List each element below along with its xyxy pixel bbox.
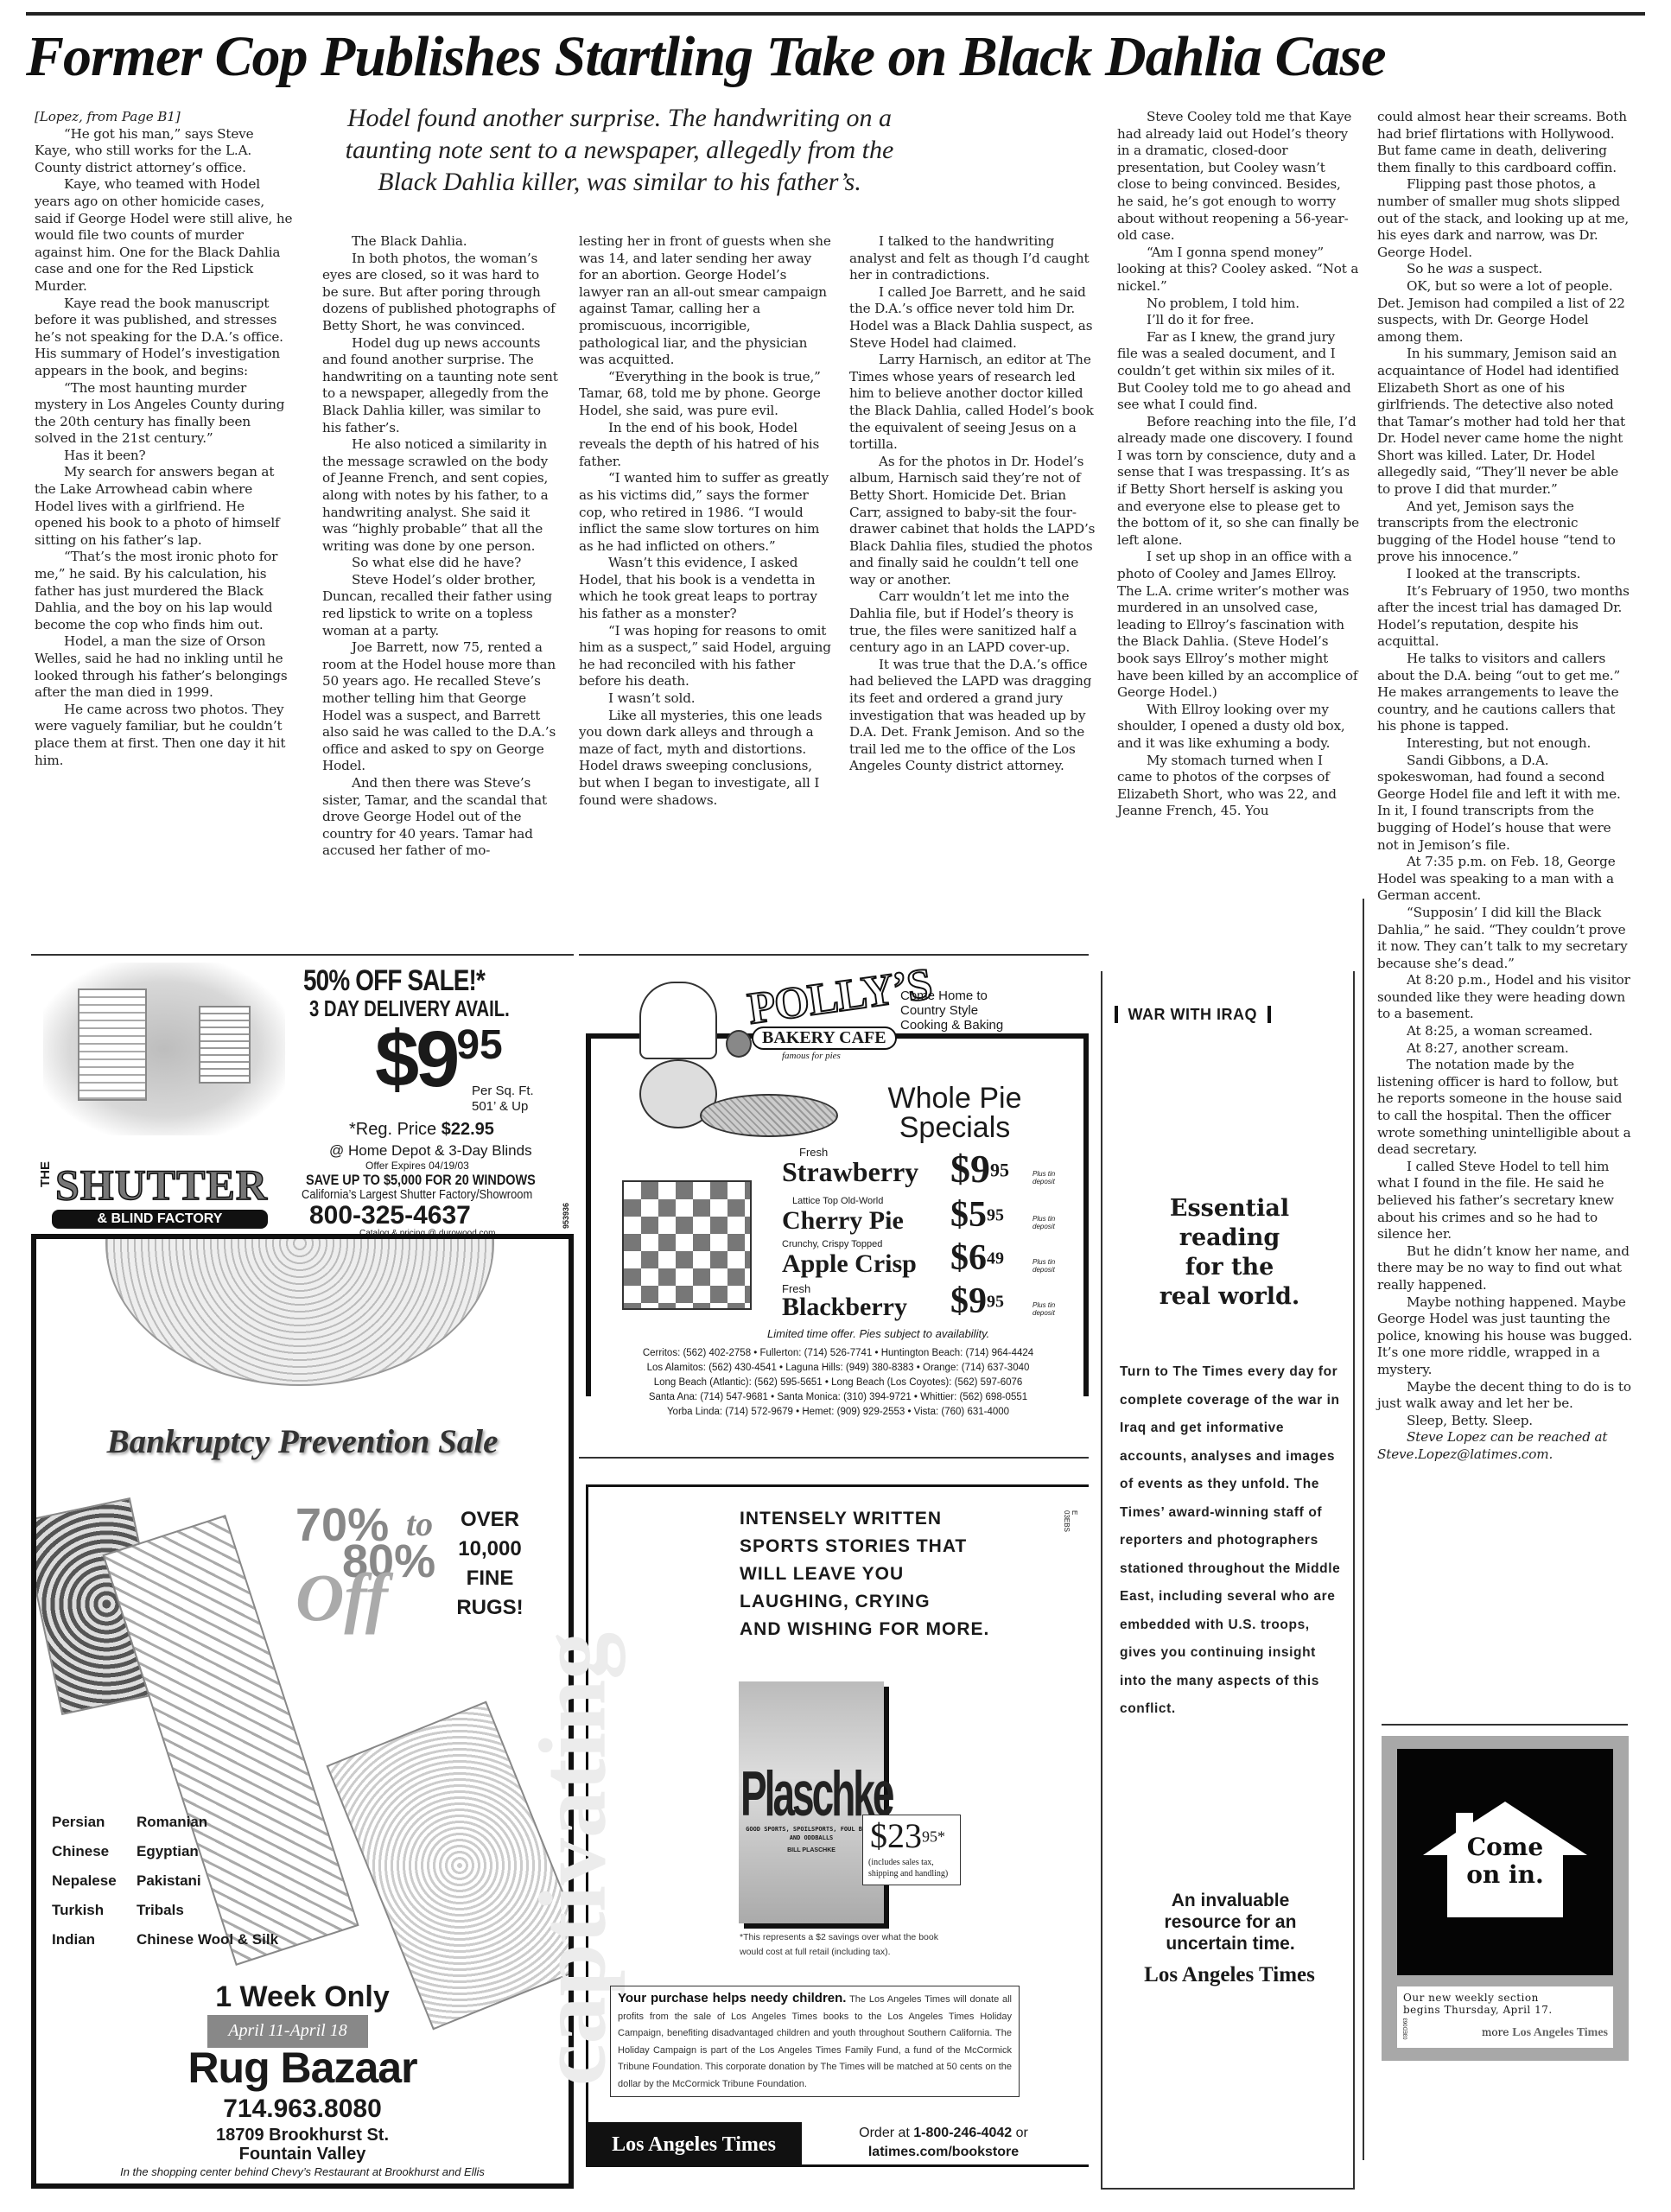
article-paragraph: At 8:27, another scream. — [1377, 1040, 1633, 1058]
article-paragraph: I called Joe Barrett, and he said the D.… — [849, 284, 1100, 352]
article-paragraph: Larry Harnisch, an editor at The Times w… — [849, 352, 1100, 454]
headline: Former Cop Publishes Startling Take on B… — [26, 24, 1645, 90]
col5-paragraphs: Steve Cooley told me that Kaye had alrea… — [1117, 109, 1359, 820]
pitch-line: LAUGHING, CRYING — [740, 1588, 989, 1616]
shutter-ad-code: 953936 — [562, 1203, 570, 1229]
rug-type: Romanian — [137, 1808, 278, 1837]
rug-type: Persian — [52, 1808, 117, 1837]
article-paragraph: Joe Barrett, now 75, rented a room at th… — [322, 639, 559, 775]
rug-count-line: FINE — [451, 1564, 529, 1593]
iraq-headline-line: real world. — [1102, 1282, 1356, 1312]
rug-directions: In the shopping center behind Chevy’s Re… — [36, 2165, 569, 2178]
rug-types-left: Persian Chinese Nepalese Turkish Indian — [52, 1808, 117, 1955]
shutter-ad[interactable]: 50% OFF SALE!* 3 DAY DELIVERY AVAIL. $99… — [31, 954, 574, 1230]
rug-count-line: OVER — [451, 1505, 529, 1535]
shutter-where: @ Home Depot & 3-Day Blinds — [329, 1142, 532, 1160]
col2-paragraphs: In both photos, the woman’s eyes are clo… — [322, 251, 559, 860]
book-price-box: $2395* (includes sales tax, shipping and… — [862, 1815, 961, 1885]
col2-lead: The Black Dahlia. — [322, 233, 559, 251]
iraq-tagline: An invaluable resource for an uncertain … — [1146, 1890, 1315, 1955]
rug-type: Pakistani — [137, 1866, 278, 1896]
charity-headline: Your purchase helps needy children. — [618, 1991, 846, 2005]
shutter-brand-logo: SHUTTER — [55, 1160, 268, 1210]
article-paragraph: At 8:20 p.m., Hodel and his visitor soun… — [1377, 972, 1633, 1023]
pies-disclaimer: Limited time offer. Pies subject to avai… — [767, 1327, 989, 1340]
pie-name: Blackberry — [782, 1293, 907, 1322]
article-paragraph: At 7:35 p.m. on Feb. 18, George Hodel wa… — [1377, 854, 1633, 905]
col6-paragraphs: Flipping past those photos, a number of … — [1377, 176, 1633, 1429]
home-caption-2: begins Thursday, April 17. — [1403, 2004, 1553, 2016]
pie-price: $649 — [950, 1237, 1004, 1279]
rug-type: Nepalese — [52, 1866, 117, 1896]
iraq-label: WAR WITH IRAQ — [1115, 1006, 1271, 1024]
home-section-rule — [1382, 1724, 1628, 1726]
pie-item: Fresh Blackberry $995 Plus tin deposit — [782, 1282, 1067, 1325]
pie-note: Plus tin deposit — [1032, 1170, 1067, 1185]
rug-count-line: 10,000 — [451, 1535, 529, 1564]
baker-illustration — [605, 973, 778, 1336]
rug-type: Tribals — [137, 1896, 278, 1925]
article-paragraph: I set up shop in an office with a photo … — [1117, 549, 1359, 701]
article-paragraph: So what else did he have? — [322, 555, 559, 572]
shutter-slats — [199, 1006, 251, 1084]
home-ad-caption-box: Our new weekly section begins Thursday, … — [1397, 1986, 1613, 2048]
home-section-ad[interactable]: Come on in. Our new weekly section begin… — [1382, 1736, 1629, 2061]
article-column-2: The Black Dahlia. In both photos, the wo… — [322, 233, 559, 860]
article-paragraph: Carr wouldn’t let me into the Dahlia fil… — [849, 588, 1100, 656]
home-ad-black: Come on in. — [1397, 1749, 1613, 1975]
article-paragraph: But he didn’t know her name, and there m… — [1377, 1243, 1633, 1294]
order-or: or — [1016, 2126, 1028, 2140]
house-text-1: Come — [1423, 1834, 1587, 1861]
article-paragraph: Kaye, who teamed with Hodel years ago on… — [35, 176, 294, 295]
article-paragraph: Steve Hodel’s older brother, Duncan, rec… — [322, 572, 559, 639]
col3-lead: lesting her in front of guests when she … — [579, 233, 833, 369]
home-more-logo: more Los Angeles Times — [1482, 2026, 1608, 2040]
article-paragraph: I’ll do it for free. — [1117, 312, 1359, 329]
article-paragraph: He talks to visitors and callers about t… — [1377, 651, 1633, 735]
tagline-line: Country Style — [900, 1003, 1003, 1018]
shutter-headline: 50% OFF SALE!* — [303, 964, 485, 998]
shutter-reg: *Reg. Price $22.95 — [349, 1120, 494, 1140]
shutter-unit: Per Sq. Ft. — [472, 1084, 534, 1098]
pitch-line: AND WISHING FOR MORE. — [740, 1616, 989, 1643]
pie-price-dollar: $9 — [950, 1281, 987, 1321]
article-column-4: I talked to the handwriting analyst and … — [849, 233, 1100, 775]
article-paragraph: It was true that the D.A.’s office had b… — [849, 657, 1100, 775]
discount-off: Off — [295, 1559, 388, 1637]
rug-city: Fountain Valley — [36, 2145, 569, 2164]
book-cover-title: Plaschke — [740, 1756, 882, 1830]
pie-note: Plus tin deposit — [1032, 1258, 1067, 1274]
rug-type: Chinese — [52, 1837, 117, 1866]
rug-count: OVER 10,000 FINE RUGS! — [451, 1505, 529, 1623]
article-paragraph: I called Steve Hodel to tell him what I … — [1377, 1159, 1633, 1243]
article-paragraph: Steve Cooley told me that Kaye had alrea… — [1117, 109, 1359, 245]
article-paragraph: I wasn’t sold. — [579, 690, 833, 708]
pollys-logo-tag: famous for pies — [782, 1051, 841, 1061]
book-cover: Plaschke GOOD SPORTS, SPOILSPORTS, FOUL … — [739, 1681, 884, 1923]
tagline-line: Come Home to — [900, 988, 1003, 1003]
pitch-line: SPORTS STORIES THAT — [740, 1533, 989, 1560]
article-paragraph: “Am I gonna spend money” looking at this… — [1117, 245, 1359, 296]
pie-price-cents: 95 — [987, 1206, 1004, 1225]
article-paragraph: “Everything in the book is true,” Tamar,… — [579, 369, 833, 420]
baker-apron-icon — [622, 1180, 752, 1310]
jump-line: [Lopez, from Page B1] — [35, 109, 294, 126]
pollys-locations: Cerritos: (562) 402-2758 • Fullerton: (7… — [588, 1346, 1089, 1420]
article-column-1: [Lopez, from Page B1] “He got his man,” … — [35, 109, 294, 769]
shutter-largest: California’s Largest Shutter Factory/Sho… — [302, 1187, 532, 1202]
author-signoff[interactable]: Steve Lopez can be reached at Steve.Lope… — [1377, 1429, 1633, 1463]
article-paragraph: Has it been? — [35, 448, 294, 465]
location-line: Yorba Linda: (714) 572-9679 • Hemet: (90… — [588, 1405, 1089, 1420]
article-paragraph: He came across two photos. They were vag… — [35, 702, 294, 769]
rug-type: Indian — [52, 1925, 117, 1955]
article-column-3: lesting her in front of guests when she … — [579, 233, 833, 809]
home-ad-code: 03ED063 — [1404, 2018, 1409, 2039]
book-price: $2395* — [870, 1815, 945, 1856]
article-paragraph: With Ellroy looking over my shoulder, I … — [1117, 702, 1359, 753]
pie-price-dollar: $5 — [950, 1195, 987, 1235]
round-rug-image — [105, 1234, 494, 1386]
article-paragraph: I talked to the handwriting analyst and … — [849, 233, 1100, 284]
article-paragraph: I looked at the transcripts. — [1377, 566, 1633, 583]
article-paragraph: In both photos, the woman’s eyes are clo… — [322, 251, 559, 335]
charity-box: Your purchase helps needy children. The … — [610, 1986, 1020, 2097]
location-line: Cerritos: (562) 402-2758 • Fullerton: (7… — [588, 1346, 1089, 1361]
iraq-headline-line: for the — [1102, 1253, 1356, 1282]
article-paragraph: So he was a suspect. — [1377, 261, 1633, 278]
article-paragraph: My stomach turned when I came to photos … — [1117, 753, 1359, 820]
article-paragraph: My search for answers began at the Lake … — [35, 464, 294, 549]
pies-title: Whole Pie Specials — [868, 1084, 1041, 1142]
order-url[interactable]: latimes.com/bookstore — [868, 2145, 1019, 2159]
pie-price: $995 — [950, 1281, 1004, 1322]
pollys-tagline: Come Home to Country Style Cooking & Bak… — [900, 988, 1003, 1033]
order-line: Order at 1-800-246-4042 or — [805, 2124, 1082, 2143]
article-paragraph: The notation made by the listening offic… — [1377, 1057, 1633, 1159]
article-paragraph: Wasn’t this evidence, I asked Hodel, tha… — [579, 555, 833, 622]
pull-quote: Hodel found another surprise. The handwr… — [321, 102, 918, 198]
pie-name: Cherry Pie — [782, 1206, 904, 1236]
pie-price-cents: 49 — [987, 1249, 1004, 1268]
article-paragraph: Hodel dug up news accounts and found ano… — [322, 335, 559, 437]
iraq-label-text: WAR WITH IRAQ — [1128, 1006, 1257, 1023]
article-paragraph: Hodel, a man the size of Orson Welles, s… — [35, 633, 294, 701]
pie-price: $595 — [950, 1194, 1004, 1236]
tagline-line: Cooking & Baking — [900, 1018, 1003, 1033]
order-phone[interactable]: 1-800-246-4042 — [913, 2126, 1012, 2140]
rug-bazaar-ad[interactable]: Bankruptcy Prevention Sale 70% to 80% Of… — [31, 1234, 574, 2189]
article-paragraph: Far as I knew, the grand jury file was a… — [1117, 329, 1359, 414]
latimes-logo: Los Angeles Times — [586, 2122, 802, 2167]
pie-item: Lattice Top Old-World Cherry Pie $595 Pl… — [782, 1196, 1067, 1239]
shutter-price-dollar: $9 — [375, 1015, 456, 1103]
article-paragraph: And yet, Jemison says the transcripts fr… — [1377, 499, 1633, 566]
article-paragraph: Maybe nothing happened. Maybe George Hod… — [1377, 1294, 1633, 1379]
pie-pre: Crunchy, Crispy Topped — [782, 1239, 882, 1249]
article-paragraph: “That’s the most ironic photo for me,” h… — [35, 549, 294, 633]
book-ad-code: E 03EBS — [1063, 1510, 1078, 1532]
location-line: Los Alamitos: (562) 430-4541 • Laguna Hi… — [588, 1361, 1089, 1376]
label-bar-icon — [1115, 1006, 1123, 1023]
pie-price-dollar: $9 — [950, 1147, 990, 1191]
shutter-unit2: 501’ & Up — [472, 1099, 528, 1114]
iraq-headline-line: Essential — [1102, 1194, 1356, 1224]
rug-week: 1 Week Only — [36, 1980, 569, 2014]
charity-text: The Los Angeles Times will donate all pr… — [618, 1994, 1012, 2089]
article-paragraph: Like all mysteries, this one leads you d… — [579, 708, 833, 810]
shutter-phone[interactable]: 800-325-4637 — [309, 1201, 471, 1230]
article-paragraph: In his summary, Jemison said an acquaint… — [1377, 346, 1633, 498]
pie-note: Plus tin deposit — [1032, 1215, 1067, 1230]
article-paragraph: In the end of his book, Hodel reveals th… — [579, 420, 833, 471]
pie-name: Strawberry — [782, 1156, 918, 1188]
rug-type: Egyptian — [137, 1837, 278, 1866]
col4-paragraphs: I talked to the handwriting analyst and … — [849, 233, 1100, 775]
order-pre: Order at — [859, 2126, 910, 2140]
shutter-reg-price: $22.95 — [442, 1120, 494, 1139]
pie-name: Apple Crisp — [782, 1249, 917, 1279]
pies-title-2: Specials — [868, 1113, 1041, 1142]
shutter-expires: Offer Expires 04/19/03 — [365, 1160, 469, 1172]
location-line: Long Beach (Atlantic): (562) 595-5651 • … — [588, 1376, 1089, 1390]
article-paragraph: And then there was Steve’s sister, Tamar… — [322, 775, 559, 860]
pie-price-cents: 95 — [990, 1160, 1009, 1181]
col6-lead: could almost hear their screams. Both ha… — [1377, 109, 1633, 176]
col1-paragraphs: “He got his man,” says Steve Kaye, who s… — [35, 126, 294, 770]
article-paragraph: “I was hoping for reasons to omit him as… — [579, 623, 833, 690]
pollys-ad[interactable]: POLLY’S BAKERY CAFE famous for pies Come… — [579, 954, 1089, 1438]
rug-count-line: RUGS! — [451, 1593, 529, 1623]
article-paragraph: Kaye read the book manuscript before it … — [35, 296, 294, 380]
article-paragraph: “He got his man,” says Steve Kaye, who s… — [35, 126, 294, 177]
order-info: Order at 1-800-246-4042 or latimes.com/b… — [805, 2124, 1082, 2162]
article-paragraph: Sandi Gibbons, a D.A. spokeswoman, had f… — [1377, 753, 1633, 855]
col3-paragraphs: “Everything in the book is true,” Tamar,… — [579, 369, 833, 809]
iraq-headline-line: reading — [1102, 1224, 1356, 1253]
article-paragraph: It’s February of 1950, two months after … — [1377, 583, 1633, 651]
pie-pre: Lattice Top Old-World — [792, 1196, 883, 1206]
article-column-6: could almost hear their screams. Both ha… — [1377, 109, 1633, 1464]
article-column-5: Steve Cooley told me that Kaye had alrea… — [1117, 109, 1359, 820]
article-paragraph: “Supposin’ I did kill the Black Dahlia,”… — [1377, 905, 1633, 972]
pie-price-cents: 95 — [987, 1293, 1004, 1312]
book-price-dollar: $23 — [870, 1816, 922, 1855]
rug-address: 18709 Brookhurst St. — [36, 2126, 569, 2145]
iraq-latimes-logo: Los Angeles Times — [1102, 1963, 1356, 1987]
pie-list: Fresh Strawberry $995 Plus tin deposit L… — [782, 1146, 1067, 1325]
article-paragraph: “The most haunting murder mystery in Los… — [35, 380, 294, 448]
article-paragraph: As for the photos in Dr. Hodel’s album, … — [849, 454, 1100, 589]
label-bar-icon — [1262, 1006, 1271, 1023]
iraq-body: Turn to The Times every day for complete… — [1120, 1358, 1341, 1724]
pie-price: $995 — [950, 1146, 1009, 1192]
pie-note: Plus tin deposit — [1032, 1301, 1067, 1317]
article-paragraph: Maybe the decent thing to do is to just … — [1377, 1379, 1633, 1413]
article-paragraph: Flipping past those photos, a number of … — [1377, 176, 1633, 261]
pitch-line: INTENSELY WRITTEN — [740, 1505, 989, 1533]
rug-type: Chinese Wool & Silk — [137, 1925, 278, 1955]
article-paragraph: No problem, I told him. — [1117, 296, 1359, 313]
article-paragraph: He also noticed a similarity in the mess… — [322, 436, 559, 555]
home-latimes-logo: Los Angeles Times — [1512, 2026, 1608, 2039]
book-price-note: (includes sales tax, shipping and handli… — [868, 1857, 958, 1879]
shutter-brand-the: THE — [38, 1161, 53, 1187]
article-paragraph: At 8:25, a woman screamed. — [1377, 1023, 1633, 1040]
article-paragraph: OK, but so were a lot of people. Det. Je… — [1377, 278, 1633, 346]
rug-headline: Bankruptcy Prevention Sale — [43, 1422, 562, 1461]
article-paragraph: “I wanted him to suffer as greatly as hi… — [579, 470, 833, 555]
book-price-cents: 95* — [922, 1828, 945, 1846]
book-cover-author: BILL PLASCHKE — [744, 1847, 879, 1853]
iraq-headline: Essential reading for the real world. — [1102, 1194, 1356, 1312]
home-caption-1: Our new weekly section — [1403, 1992, 1539, 2004]
book-footnote: *This represents a $2 savings over what … — [740, 1930, 938, 1960]
column-rule — [1363, 899, 1364, 2160]
pie-item: Fresh Strawberry $995 Plus tin deposit — [782, 1146, 1067, 1196]
home-more: more — [1482, 2026, 1509, 2038]
location-line: Santa Ana: (714) 547-9681 • Santa Monica… — [588, 1390, 1089, 1405]
article-paragraph: Before reaching into the file, I’d alrea… — [1117, 414, 1359, 550]
shutter-slats — [78, 988, 147, 1101]
rug-phone[interactable]: 714.963.8080 — [36, 2094, 569, 2124]
book-ad[interactable]: captivating INTENSELY WRITTEN SPORTS STO… — [579, 1457, 1089, 2165]
chef-hat-icon — [639, 982, 717, 1059]
shutter-brand-sub: & BLIND FACTORY — [52, 1210, 268, 1229]
rug-types-right: Romanian Egyptian Pakistani Tribals Chin… — [137, 1808, 278, 1955]
pie-price-dollar: $6 — [950, 1238, 987, 1278]
book-pitch: INTENSELY WRITTEN SPORTS STORIES THAT WI… — [740, 1505, 989, 1643]
article-paragraph: Interesting, but not enough. — [1377, 735, 1633, 753]
pie-tray-icon — [700, 1094, 838, 1137]
rug-store-name: Rug Bazaar — [36, 2043, 569, 2093]
house-text-2: on in. — [1423, 1861, 1587, 1889]
iraq-ad[interactable]: WAR WITH IRAQ Essential reading for the … — [1101, 971, 1355, 2190]
shutter-price-cents: 95 — [456, 1022, 502, 1068]
shutter-photo — [43, 963, 285, 1135]
shutter-save: SAVE UP TO $5,000 FOR 20 WINDOWS — [306, 1172, 536, 1189]
shutter-reg-label: *Reg. Price — [349, 1120, 436, 1139]
house-text: Come on in. — [1423, 1834, 1587, 1889]
book-cover-subtitle: GOOD SPORTS, SPOILSPORTS, FOUL BALLS AND… — [744, 1825, 879, 1842]
pitch-line: WILL LEAVE YOU — [740, 1560, 989, 1588]
top-rule — [26, 12, 1645, 16]
pie-item: Crunchy, Crispy Topped Apple Crisp $649 … — [782, 1239, 1067, 1282]
pies-title-1: Whole Pie — [868, 1084, 1041, 1113]
article-paragraph: Sleep, Betty. Sleep. — [1377, 1413, 1633, 1430]
rug-type: Turkish — [52, 1896, 117, 1925]
